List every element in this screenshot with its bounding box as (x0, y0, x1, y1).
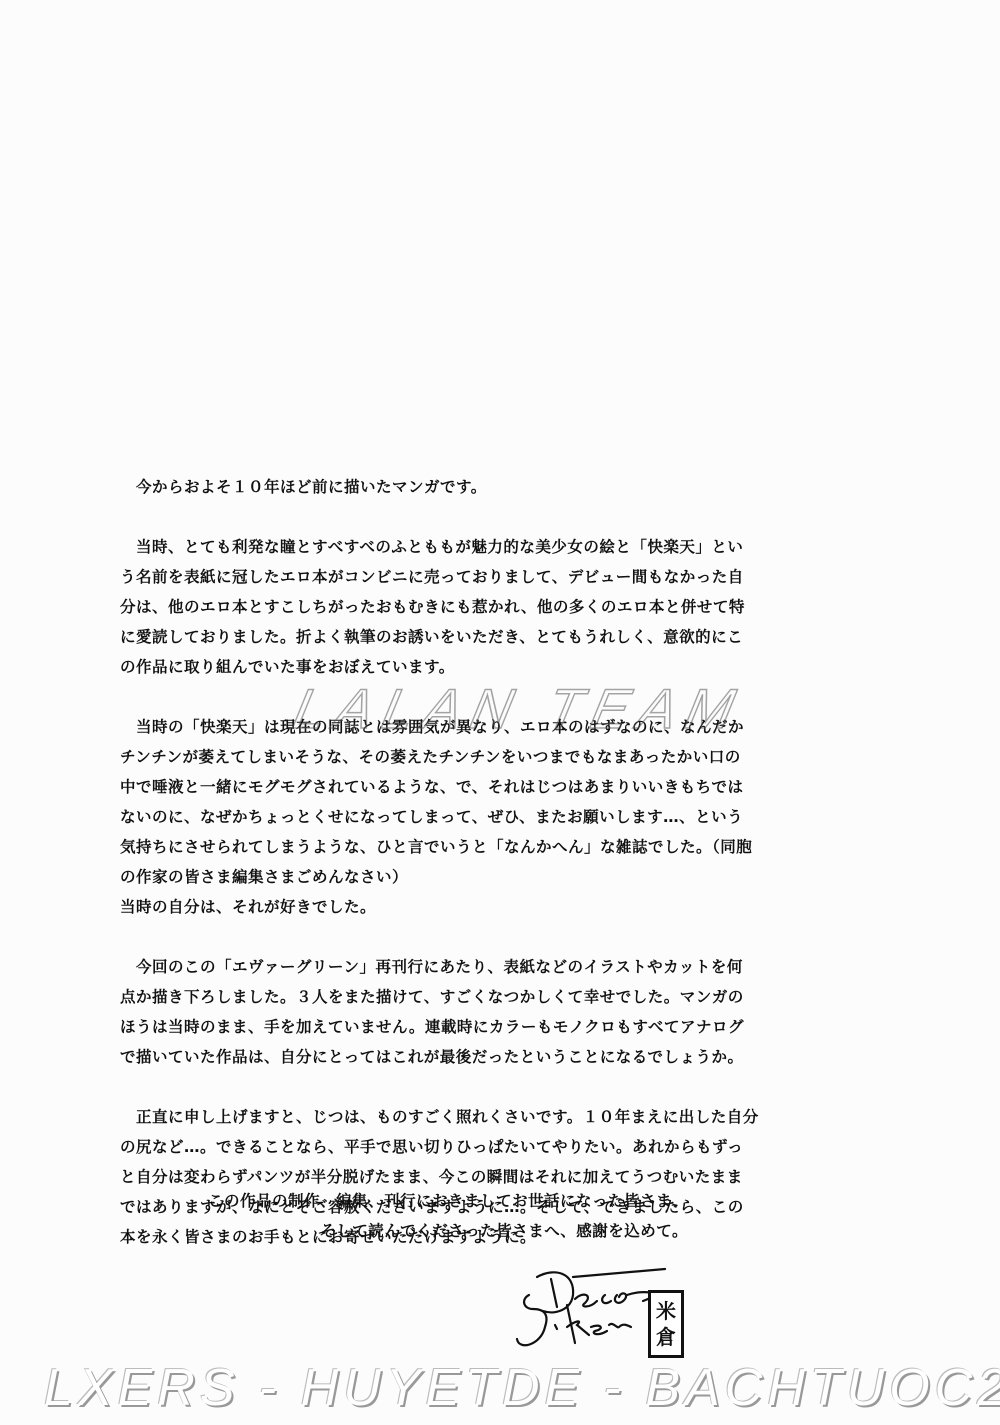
text-line: 今回のこの「エヴァーグリーン」再刊行にあたり、表紙などのイラストやカットを何 (120, 952, 720, 982)
text-line: 分は、他のエロ本とすこしちがったおもむきにも惹かれ、他の多くのエロ本と併せて特 (120, 592, 720, 622)
text-line: ないのに、なぜかちょっとくせになってしまって、ぜひ、またお願いします…、という (120, 802, 720, 832)
text-line: う名前を表紙に冠したエロ本がコンビニに売っておりまして、デビュー間もなかった自 (120, 562, 720, 592)
text-line: 当時、とても利発な瞳とすべすべのふとももが魅力的な美少女の絵と「快楽天」とい (120, 532, 720, 562)
text-line: そして読んでくださった皆さまへ、感謝を込めて。 (208, 1216, 688, 1246)
text-line: この作品の制作、編集、刊行におきましてお世話になった皆さま、 (208, 1186, 688, 1216)
text-line: 今からおよそ１０年ほど前に描いたマンガです。 (120, 472, 720, 502)
text-line: 当時の「快楽天」は現在の同誌とは雰囲気が異なり、エロ本のはずなのに、なんだか (120, 712, 720, 742)
seal-char: 米 (656, 1298, 676, 1324)
closing-remarks: この作品の制作、編集、刊行におきましてお世話になった皆さま、 そして読んでくださ… (208, 1186, 688, 1246)
text-line: の作家の皆さま編集さまごめんなさい） (120, 862, 720, 892)
text-line: ほうは当時のまま、手を加えていません。連載時にカラーもモノクロもすべてアナログ (120, 1012, 720, 1042)
seal-char: 倉 (656, 1324, 676, 1350)
text-line: で描いていた作品は、自分にとってはこれが最後だったということになるでしょうか。 (120, 1042, 720, 1072)
text-line: の作品に取り組んでいた事をおぼえています。 (120, 652, 720, 682)
paragraph-3: 当時の「快楽天」は現在の同誌とは雰囲気が異なり、エロ本のはずなのに、なんだか チ… (120, 712, 720, 922)
seal-stamp: 米 倉 (648, 1290, 684, 1358)
text-line: 正直に申し上げますと、じつは、ものすごく照れくさいです。１０年まえに出した自分 (120, 1102, 720, 1132)
paragraph-1: 今からおよそ１０年ほど前に描いたマンガです。 (120, 472, 720, 502)
text-line: 当時の自分は、それが好きでした。 (120, 892, 720, 922)
text-line: 気持ちにさせられてしまうような、ひと言でいうと「なんかへん」な雑誌でした。（同胞 (120, 832, 720, 862)
afterword-text: 今からおよそ１０年ほど前に描いたマンガです。 当時、とても利発な瞳とすべすべのふ… (120, 472, 720, 1282)
paragraph-4: 今回のこの「エヴァーグリーン」再刊行にあたり、表紙などのイラストやカットを何 点… (120, 952, 720, 1072)
watermark-bottom: LXERS - HUYETDE - BACHTUOC23 (44, 1358, 1000, 1418)
text-line: 点か描き下ろしました。３人をまた描けて、すごくなつかしくて幸せでした。マンガの (120, 982, 720, 1012)
text-line: に愛読しておりました。折よく執筆のお誘いをいただき、とてもうれしく、意欲的にこ (120, 622, 720, 652)
paragraph-2: 当時、とても利発な瞳とすべすべのふとももが魅力的な美少女の絵と「快楽天」とい う… (120, 532, 720, 682)
text-line: チンチンが萎えてしまいそうな、その萎えたチンチンをいつまでもなまあったかい口の (120, 742, 720, 772)
text-line: の尻など…。できることなら、平手で思い切りひっぱたいてやりたい。あれからもずっ (120, 1132, 720, 1162)
text-line: 中で唾液と一緒にモグモグされているような、で、それはじつはあまりいいきもちでは (120, 772, 720, 802)
